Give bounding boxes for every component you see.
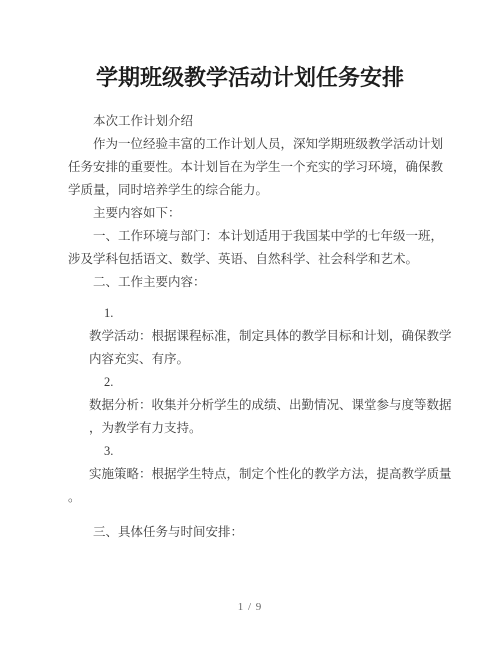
text-line: 实施策略：根据学生特点，制定个性化的教学方法，提高教学质量 — [0, 463, 500, 486]
list-item-number: 3. — [0, 440, 500, 463]
text-line: 内容充实、有序。 — [0, 348, 500, 371]
document-body: 本次工作计划介绍 作为一位经验丰富的工作计划人员，深知学期班级教学活动计划 任务… — [0, 110, 500, 544]
page-number: 1 / 9 — [0, 601, 500, 613]
text-line: 数据分析：收集并分析学生的成绩、出勤情况、课堂参与度等数据 — [0, 394, 500, 417]
text-line: 作为一位经验丰富的工作计划人员，深知学期班级教学活动计划 — [0, 133, 500, 156]
text-line: 三、具体任务与时间安排： — [0, 521, 500, 544]
text-line: 主要内容如下： — [0, 202, 500, 225]
list-item-number: 2. — [0, 371, 500, 394]
document-page: 学期班级教学活动计划任务安排 本次工作计划介绍 作为一位经验丰富的工作计划人员，… — [0, 0, 500, 647]
text-line: ，为教学有力支持。 — [0, 417, 500, 440]
list-item-number: 1. — [0, 302, 500, 325]
text-line: 一、工作环境与部门：本计划适用于我国某中学的七年级一班， — [0, 225, 500, 248]
text-line: 任务安排的重要性。本计划旨在为学生一个充实的学习环境，确保教 — [0, 156, 500, 179]
text-line: 。 — [0, 486, 500, 509]
text-line: 涉及学科包括语文、数学、英语、自然科学、社会科学和艺术。 — [0, 248, 500, 271]
text-line: 二、工作主要内容： — [0, 271, 500, 294]
text-line: 本次工作计划介绍 — [0, 110, 500, 133]
text-line: 教学活动：根据课程标准，制定具体的教学目标和计划，确保教学 — [0, 325, 500, 348]
document-title: 学期班级教学活动计划任务安排 — [0, 62, 500, 94]
text-line: 学质量，同时培养学生的综合能力。 — [0, 179, 500, 202]
